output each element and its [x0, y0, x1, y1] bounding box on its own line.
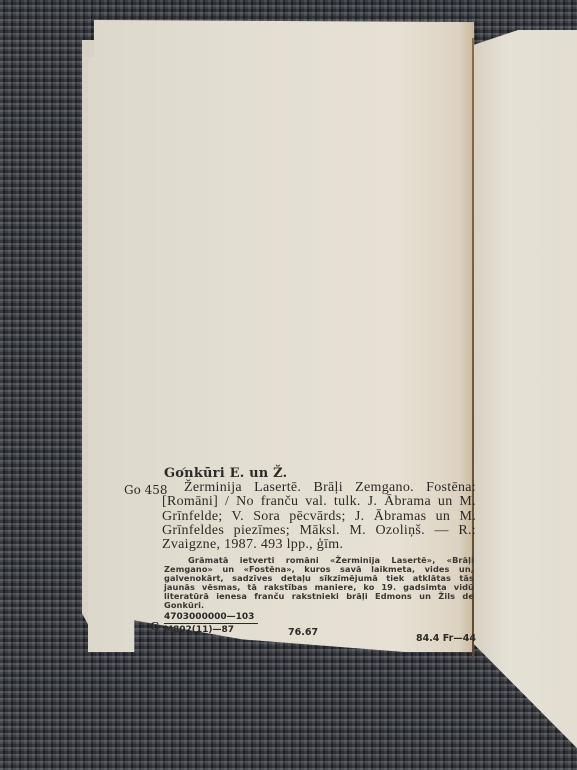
bibliographic-description: Žerminija Lasertē. Brāļi Zemgano. Fostēn…: [162, 481, 476, 552]
index-letter: G: [150, 620, 159, 634]
index-denominator: M802(11)—87: [164, 624, 258, 636]
shelf-mark: Go 458: [124, 483, 168, 497]
annotation: Grāmatā ietverti romāni «Žerminija Laser…: [164, 556, 474, 610]
price: 76.67: [288, 626, 318, 640]
index-fraction: 4703000000—103 M802(11)—87: [164, 612, 258, 636]
description-text: Žerminija Lasertē. Brāļi Zemgano. Fostēn…: [162, 480, 476, 552]
index-numerator: 4703000000—103: [164, 612, 258, 624]
catalogue-record: Gonkūri E. un Ž. Go 458 Žerminija Lasert…: [158, 467, 476, 646]
classification-code: 84.4 Fr—44: [416, 632, 476, 646]
book-photo: Gonkūri E. un Ž. Go 458 Žerminija Lasert…: [0, 0, 577, 770]
annotation-text: Grāmatā ietverti romāni «Žerminija Laser…: [164, 555, 474, 610]
right-page: [474, 30, 577, 770]
index-row: G 4703000000—103 M802(11)—87 76.67 84.4 …: [158, 612, 476, 646]
